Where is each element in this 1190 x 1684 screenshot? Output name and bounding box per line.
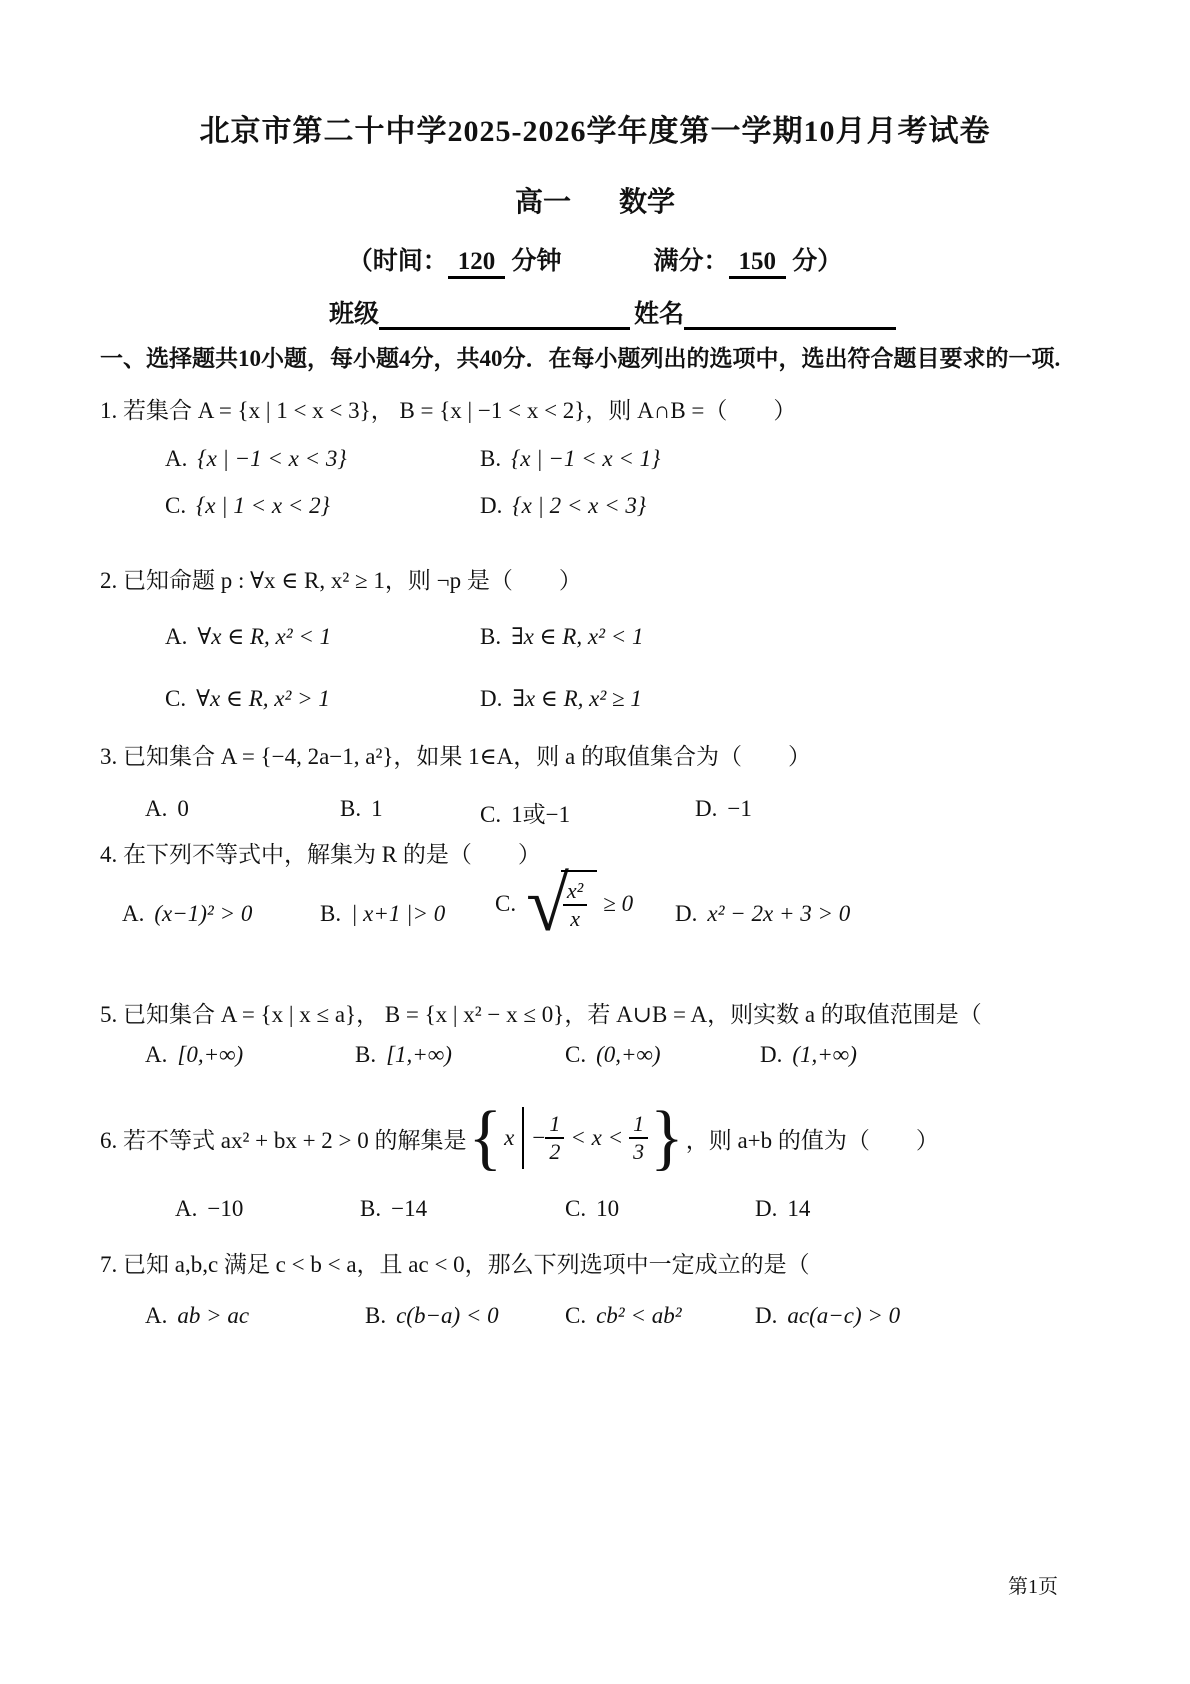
fraction-one-third: 13 — [629, 1111, 648, 1166]
question-1-options-row-1: A.{x | −1 < x < 3} B.{x | −1 < x < 1} — [0, 446, 1190, 486]
question-2-option-b: B.∃x ∈ R, x² < 1 — [480, 624, 643, 650]
score-prefix: 满分： — [654, 248, 729, 275]
score-value: 150 — [729, 248, 787, 279]
name-blank-field — [684, 297, 896, 330]
question-2-stem: 2. 已知命题 p : ∀x ∈ R, x² ≥ 1，则 ¬p 是（ ） — [100, 562, 1150, 595]
score-suffix: 分） — [792, 248, 842, 275]
question-4-option-c: C. √ x²x ≥ 0 — [495, 868, 633, 940]
question-1-option-a: A.{x | −1 < x < 3} — [165, 446, 347, 472]
question-4-option-d: D.x² − 2x + 3 > 0 — [675, 901, 850, 927]
question-5-stem: 5. 已知集合 A = {x | x ≤ a}， B = {x | x² − x… — [100, 996, 1150, 1029]
time-suffix: 分钟 — [511, 248, 561, 275]
class-name-line: 班级姓名 — [329, 294, 896, 330]
set-variable: x — [504, 1125, 514, 1151]
relation-text: < x < — [570, 1125, 623, 1151]
question-3-option-c: C.1或−1 — [480, 796, 570, 829]
exam-paper-page: 北京市第二十中学2025-2026学年度第一学期10月月考试卷 高一数学 （时间… — [0, 0, 1190, 1684]
name-label: 姓名 — [634, 294, 684, 330]
class-blank-field — [379, 297, 630, 330]
question-2-options-row-2: C.∀x ∈ R, x² > 1 D.∃x ∈ R, x² ≥ 1 — [0, 686, 1190, 726]
class-label: 班级 — [329, 294, 379, 330]
question-6-option-d: D.14 — [755, 1196, 810, 1222]
time-score-line: （时间：120 分钟满分：150 分） — [0, 241, 1190, 279]
subject-label: 数学 — [619, 187, 675, 218]
question-1-option-b: B.{x | −1 < x < 1} — [480, 446, 660, 472]
question-4-stem: 4. 在下列不等式中，解集为 R 的是（ ） — [100, 836, 1150, 869]
question-7-option-c: C.cb² < ab² — [565, 1303, 682, 1329]
question-6-option-c: C.10 — [565, 1196, 619, 1222]
question-4-option-a: A.(x−1)² > 0 — [122, 901, 252, 927]
question-7-options-row: A.ab > ac B.c(b−a) < 0 C.cb² < ab² D.ac(… — [0, 1303, 1190, 1343]
question-3-option-b: B.1 — [340, 796, 383, 822]
question-2-option-c: C.∀x ∈ R, x² > 1 — [165, 686, 330, 712]
question-4-option-b: B.| x+1 |> 0 — [320, 901, 445, 927]
question-3-stem: 3. 已知集合 A = {−4, 2a−1, a²}，如果 1∈A，则 a 的取… — [100, 738, 1150, 771]
section-1-heading: 一、选择题共10小题，每小题4分，共40分．在每小题列出的选项中，选出符合题目要… — [100, 340, 1150, 373]
page-number: 第1页 — [1008, 1570, 1058, 1599]
question-7-option-d: D.ac(a−c) > 0 — [755, 1303, 900, 1329]
question-1-option-d: D.{x | 2 < x < 3} — [480, 493, 646, 519]
question-5-option-d: D.(1,+∞) — [760, 1042, 857, 1068]
question-5-options-row: A.[0,+∞) B.[1,+∞) C.(0,+∞) D.(1,+∞) — [0, 1042, 1190, 1082]
question-3-option-d: D.−1 — [695, 796, 752, 822]
set-divider-bar — [522, 1107, 524, 1169]
left-brace: { — [469, 1101, 503, 1175]
question-3-option-a: A.0 — [145, 796, 189, 822]
fraction-one-half: 12 — [545, 1111, 564, 1166]
question-2-option-d: D.∃x ∈ R, x² ≥ 1 — [480, 686, 642, 712]
grade-subject-line: 高一数学 — [0, 180, 1190, 220]
question-6-pre-text: 6. 若不等式 ax² + bx + 2 > 0 的解集是 — [100, 1122, 467, 1155]
grade-label: 高一 — [515, 187, 571, 218]
time-prefix: （时间： — [348, 248, 448, 275]
question-6-options-row: A.−10 B.−14 C.10 D.14 — [0, 1196, 1190, 1236]
time-value: 120 — [448, 248, 506, 279]
question-6-option-a: A.−10 — [175, 1196, 243, 1222]
question-6-post-text: ，则 a+b 的值为（ ） — [686, 1122, 939, 1155]
question-7-stem: 7. 已知 a,b,c 满足 c < b < a，且 ac < 0，那么下列选项… — [100, 1246, 1150, 1279]
question-5-option-b: B.[1,+∞) — [355, 1042, 452, 1068]
question-7-option-a: A.ab > ac — [145, 1303, 249, 1329]
question-6-option-b: B.−14 — [360, 1196, 427, 1222]
question-6-stem: 6. 若不等式 ax² + bx + 2 > 0 的解集是 { x − 12 <… — [100, 1096, 939, 1180]
question-2-option-a: A.∀x ∈ R, x² < 1 — [165, 624, 331, 650]
minus-sign: − — [532, 1125, 545, 1151]
question-1-option-c: C.{x | 1 < x < 2} — [165, 493, 330, 519]
question-7-option-b: B.c(b−a) < 0 — [365, 1303, 499, 1329]
page-title: 北京市第二十中学2025-2026学年度第一学期10月月考试卷 — [0, 106, 1190, 150]
right-brace: } — [650, 1101, 684, 1175]
question-2-options-row-1: A.∀x ∈ R, x² < 1 B.∃x ∈ R, x² < 1 — [0, 624, 1190, 664]
question-4-options-row: A.(x−1)² > 0 B.| x+1 |> 0 C. √ x²x ≥ 0 D… — [0, 868, 1190, 964]
question-1-stem: 1. 若集合 A = {x | 1 < x < 3}， B = {x | −1 … — [100, 392, 1150, 425]
question-3-options-row: A.0 B.1 C.1或−1 D.−1 — [0, 796, 1190, 836]
question-5-option-c: C.(0,+∞) — [565, 1042, 661, 1068]
square-root-expression: √ x²x — [526, 868, 597, 940]
question-1-options-row-2: C.{x | 1 < x < 2} D.{x | 2 < x < 3} — [0, 493, 1190, 533]
solution-set-expression: { x − 12 < x < 13 } — [467, 1103, 686, 1173]
question-5-option-a: A.[0,+∞) — [145, 1042, 243, 1068]
fraction-x2-over-x: x²x — [563, 878, 587, 933]
